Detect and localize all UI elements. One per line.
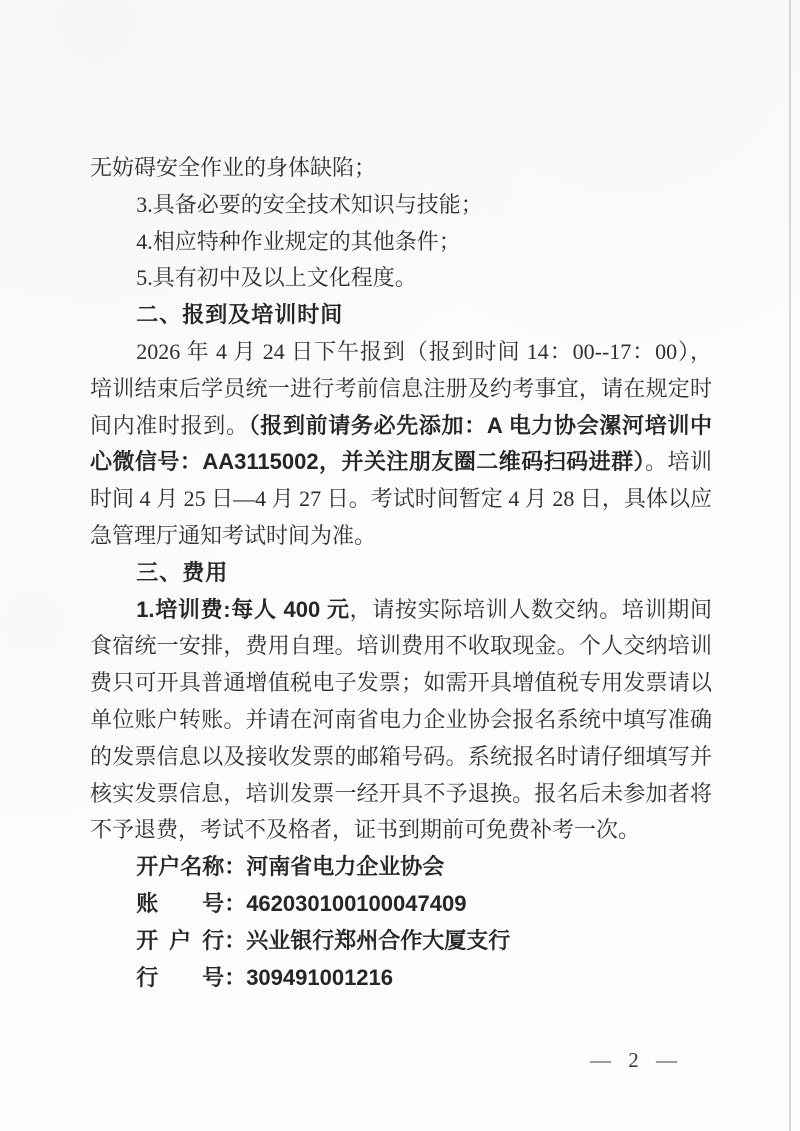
text-line: 时间 4 月 25 日—4 月 27 日。考试时间暂定 4 月 28 日，具体以… [90,481,712,518]
text-segment: 三、费用 [136,560,228,585]
text-line: 的发票信息以及接收发票的邮箱号码。系统报名时请仔细填写并 [90,739,712,776]
text-line: 无妨碍安全作业的身体缺陷； [90,150,712,187]
text-line: 费只可开具普通增值税电子发票；如需开具增值税专用发票请以 [90,665,712,702]
text-line: 开户行：兴业银行郑州合作大厦支行 [90,923,712,960]
field-label: 开户名称 [136,849,224,886]
field-label: 开户行 [136,923,224,960]
text-line: 账号：462030100100047409 [90,886,712,923]
text-segment: 1.培训费:每人 400 元 [136,597,349,622]
text-segment: 急管理厅通知考试时间为准。 [90,523,376,548]
text-line: 单位账户转账。并请在河南省电力企业协会报名系统中填写准确 [90,702,712,739]
text-segment: 心微信号：AA3115002，并关注朋友圈二维码扫码进群） [90,449,645,474]
text-line: 间内准时报到。（报到前请务必先添加：A 电力协会漯河培训中 [90,408,712,445]
text-segment: 的发票信息以及接收发票的邮箱号码。系统报名时请仔细填写并 [90,744,712,769]
text-line: 3.具备必要的安全技术知识与技能； [90,187,712,224]
field-label: 账号 [136,886,224,923]
text-segment: 无妨碍安全作业的身体缺陷； [90,155,376,180]
scan-edge-line [789,0,791,1131]
text-line: 5.具有初中及以上文化程度。 [90,260,712,297]
text-segment: 培训结束后学员统一进行考前信息注册及约考事宜，请在规定时 [90,376,712,401]
document-body: 无妨碍安全作业的身体缺陷；3.具备必要的安全技术知识与技能；4.相应特种作业规定… [90,150,712,996]
document-page: 无妨碍安全作业的身体缺陷；3.具备必要的安全技术知识与技能；4.相应特种作业规定… [0,0,800,1131]
text-segment: 间内准时报到。 [90,413,249,438]
text-segment: 2026 年 4 月 24 日下午报到（报到时间 14：00--17：00）， [136,339,712,364]
text-segment: ：462030100100047409 [224,891,466,916]
text-line: 心微信号：AA3115002，并关注朋友圈二维码扫码进群）。培训 [90,444,712,481]
text-line: 4.相应特种作业规定的其他条件； [90,224,712,261]
text-line: 三、费用 [90,555,712,592]
text-line: 不予退费，考试不及格者，证书到期前可免费补考一次。 [90,812,712,849]
text-line: 急管理厅通知考试时间为准。 [90,518,712,555]
text-segment: 4.相应特种作业规定的其他条件； [136,229,461,254]
page-number: — 2 — [590,1048,683,1073]
text-segment: 。培训 [645,449,712,474]
text-segment: 食宿统一安排，费用自理。培训费用不收取现金。个人交纳培训 [90,633,712,658]
text-segment: 核实发票信息，培训发票一经开具不予退换。报名后未参加者将 [90,781,712,806]
text-segment: 不予退费，考试不及格者，证书到期前可免费补考一次。 [90,817,640,842]
text-line: 开户名称：河南省电力企业协会 [90,849,712,886]
field-label: 行号 [136,960,224,997]
text-segment: 费只可开具普通增值税电子发票；如需开具增值税专用发票请以 [90,670,712,695]
text-segment: 时间 4 月 25 日—4 月 27 日。考试时间暂定 4 月 28 日，具体以… [90,486,712,511]
text-segment: 5.具有初中及以上文化程度。 [136,265,417,290]
text-segment: ，请按实际培训人数交纳。培训期间 [350,597,712,622]
text-line: 1.培训费:每人 400 元，请按实际培训人数交纳。培训期间 [90,592,712,629]
text-segment: ：兴业银行郑州合作大厦支行 [224,928,510,953]
text-segment: （报到前请务必先添加：A 电力协会漯河培训中 [249,413,712,438]
text-line: 培训结束后学员统一进行考前信息注册及约考事宜，请在规定时 [90,371,712,408]
text-line: 核实发票信息，培训发票一经开具不予退换。报名后未参加者将 [90,776,712,813]
text-segment: 3.具备必要的安全技术知识与技能； [136,192,483,217]
text-segment: ：河南省电力企业协会 [224,854,444,879]
text-line: 2026 年 4 月 24 日下午报到（报到时间 14：00--17：00）， [90,334,712,371]
text-line: 食宿统一安排，费用自理。培训费用不收取现金。个人交纳培训 [90,628,712,665]
text-segment: 单位账户转账。并请在河南省电力企业协会报名系统中填写准确 [90,707,712,732]
text-line: 行号：309491001216 [90,960,712,997]
text-line: 二、报到及培训时间 [90,297,712,334]
text-segment: ：309491001216 [224,965,393,990]
text-segment: 二、报到及培训时间 [136,302,343,327]
